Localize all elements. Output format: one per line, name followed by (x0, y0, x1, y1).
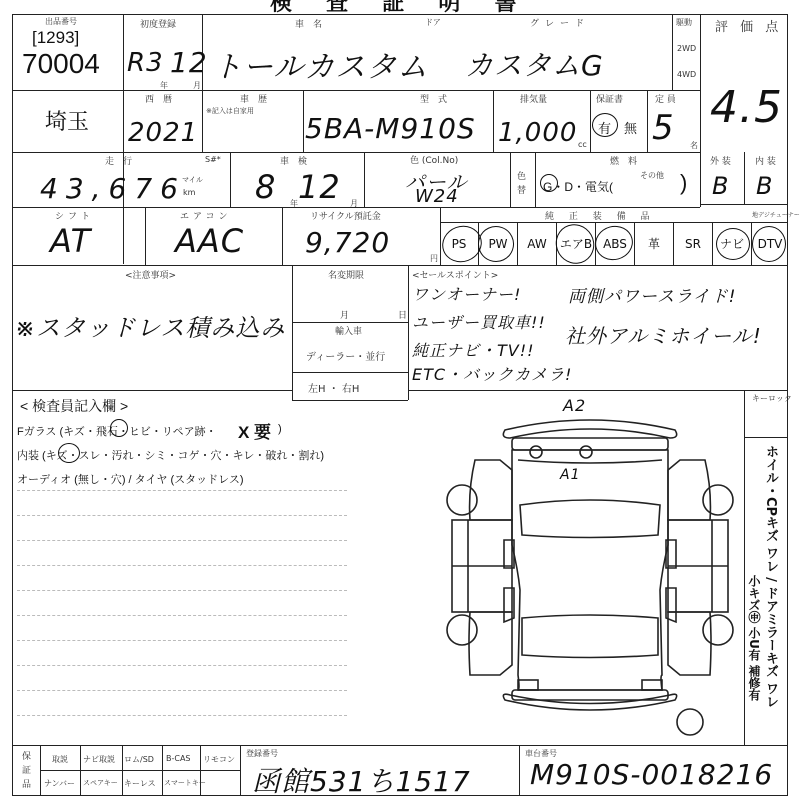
equipment-row: PS PW AW エアB ABS 革 SR ナビ DTV (440, 222, 788, 265)
chassis-history-note: ※記入は自家用 (206, 106, 254, 116)
first-registration-era-year: R3 (127, 48, 164, 78)
drive-2wd[interactable]: 2WD (677, 44, 696, 53)
inspector-windshield-x: X 要 (238, 418, 271, 443)
acc-manual[interactable]: 取説 (52, 754, 68, 765)
exterior-label: 外 装 (710, 154, 731, 167)
capacity-label: 定 員 (655, 92, 676, 105)
car-damage-diagram[interactable] (440, 390, 740, 740)
color-label: 色 (Col.No) (410, 153, 458, 166)
mileage-value: 43,676 (40, 172, 186, 205)
shift-value: AT (50, 222, 91, 260)
warranty-label: 保証書 (596, 92, 623, 105)
score-value: 4.5 (710, 82, 783, 133)
inspection-month-unit: 月 (350, 198, 358, 209)
capacity-unit: 名 (690, 140, 698, 151)
interior-value: B (756, 172, 773, 200)
equipment-label: 純 正 装 備 品 (545, 209, 655, 222)
model-year-label: 西 暦 (145, 92, 172, 105)
acc-rom-sd[interactable]: ロム/SD (124, 754, 154, 765)
damage-mark-a1: A1 (560, 467, 580, 483)
score-label: 評 価 点 (715, 16, 782, 35)
sales-point-line-1: ワンオーナー! (412, 282, 521, 305)
displacement-value: 1,000 (498, 118, 577, 148)
sales-point-right-2: 社外アルミホイール! (565, 320, 762, 349)
acc-number[interactable]: ナンバー (44, 778, 75, 789)
inspector-label: < 検査員記入欄 > (20, 396, 128, 416)
drive-4wd[interactable]: 4WD (677, 70, 696, 79)
aircon-value: AAC (175, 222, 244, 260)
mileage-sub: S#* (205, 155, 221, 164)
year-unit: 年 (160, 80, 168, 91)
equipment-sunroof[interactable]: SR (673, 222, 712, 265)
fuel-selected-circle (540, 174, 558, 192)
grade-value: カスタムG (465, 44, 604, 84)
capacity-value: 5 (652, 108, 675, 148)
inspection-label: 車 検 (280, 154, 307, 167)
registration-period-label: 名変期限 (328, 268, 364, 281)
equipment-leather[interactable]: 革 (634, 222, 673, 265)
damage-mark-a2: A2 (563, 396, 586, 415)
displacement-unit: cc (578, 140, 587, 149)
color-repaint-label: 色替 (517, 170, 527, 198)
shift-label: シフト (55, 209, 94, 222)
notes-label: <注意事項> (125, 268, 176, 281)
sales-point-line-2: ユーザー買取車!! (412, 310, 546, 333)
lot-label: 出品番号 (45, 16, 77, 27)
sales-points-label: <セールスポイント> (412, 268, 498, 281)
equipment-aw[interactable]: AW (517, 222, 556, 265)
lot-number: 70004 (22, 48, 100, 80)
displacement-label: 排気量 (520, 92, 547, 105)
fuel-other: その他 (640, 170, 664, 181)
registration-day: 日 (398, 308, 407, 321)
grade-label: グレード (530, 16, 590, 29)
fuel-label: 燃 料 (610, 154, 637, 167)
sales-point-line-3: 純正ナビ・TV!! (412, 338, 535, 361)
side-legend: ホイル・CPキズ ワレ / ドアミラーキズ ワレ (762, 445, 778, 745)
import-label: 輸入車 (335, 324, 362, 337)
acc-navi-manual[interactable]: ナビ取説 (83, 754, 115, 765)
registration-month: 月 (340, 308, 349, 321)
import-options[interactable]: ディーラー・並行 (306, 348, 385, 363)
side-legend-line2: 小キズ㊥ 小U有 補修有 (747, 575, 761, 701)
circle-navi (716, 228, 750, 260)
sales-point-line-4: ETC・バックカメラ! (412, 362, 572, 385)
first-registration-month: 12 (170, 46, 208, 79)
car-name-value: トールカスタム (212, 42, 428, 86)
interior-circle (58, 443, 80, 463)
recycle-label: リサイクル預託金 (310, 209, 381, 222)
acc-remote[interactable]: リモコン (203, 754, 235, 765)
recycle-unit: 円 (430, 253, 438, 264)
recycle-value: 9,720 (305, 226, 390, 259)
chassis-history-label: 車 歴 (240, 92, 267, 105)
warranty-no[interactable]: 無 (624, 118, 637, 137)
model-type-label: 型 式 (420, 92, 447, 105)
notes-value: ※スタッドレス積み込み (15, 308, 285, 343)
mileage-unit-km: km (183, 188, 195, 197)
windshield-circle (110, 419, 128, 437)
exterior-value: B (712, 172, 729, 200)
acc-bcas[interactable]: B-CAS (166, 754, 191, 763)
mileage-label: 走 行 (105, 154, 132, 167)
chassis-value: M910S-0018216 (530, 758, 773, 791)
inspection-year-unit: 年 (290, 198, 298, 209)
drive-label: 駆動 (676, 17, 692, 28)
color-code: W24 (415, 186, 459, 207)
acc-smart-key[interactable]: スマートキー (164, 778, 206, 788)
sales-point-right-1: 両側パワースライド! (568, 282, 736, 307)
lot-bracket-number: [1293] (32, 28, 79, 48)
handle-options[interactable]: 左H ・ 右H (308, 380, 359, 395)
model-year-value: 2021 (128, 118, 198, 148)
side-legend-line1: ホイル・CPキズ ワレ / ドアミラーキズ ワレ (763, 445, 778, 708)
accessories-label: 保証品 (22, 750, 32, 792)
mileage-unit-mile: マイル (182, 175, 203, 185)
inspector-audio-tire: オーディオ (無し・穴) / タイヤ (スタッドレス) (17, 471, 244, 487)
side-legend-2: 小キズ㊥ 小U有 補修有 (746, 575, 763, 745)
tuner-label: 地デジチューナー (752, 210, 800, 219)
circle-dtv (752, 226, 786, 262)
warranty-selected-circle (592, 113, 618, 137)
inspection-year: 8 (255, 168, 276, 206)
region: 埼玉 (45, 105, 89, 136)
month-unit: 月 (193, 80, 201, 91)
interior-label: 内 装 (755, 154, 776, 167)
aircon-label: エアコン (180, 209, 232, 222)
plate-label: 登録番号 (246, 748, 278, 759)
car-name-label: 車 名 (295, 17, 322, 30)
model-type-value: 5BA-M910S (305, 112, 476, 145)
inspection-month: 12 (298, 168, 341, 206)
fuel-close: ) (680, 170, 687, 196)
plate-value: 函館531ち1517 (252, 760, 471, 800)
acc-spare-key[interactable]: スペアキー (83, 778, 118, 788)
door-label: ドア (425, 17, 441, 28)
inspector-windshield-close: ) (278, 423, 282, 435)
first-registration-label: 初度登録 (140, 17, 176, 30)
acc-keyless[interactable]: キーレス (124, 778, 156, 789)
keylock-label: キーロック (752, 393, 792, 404)
